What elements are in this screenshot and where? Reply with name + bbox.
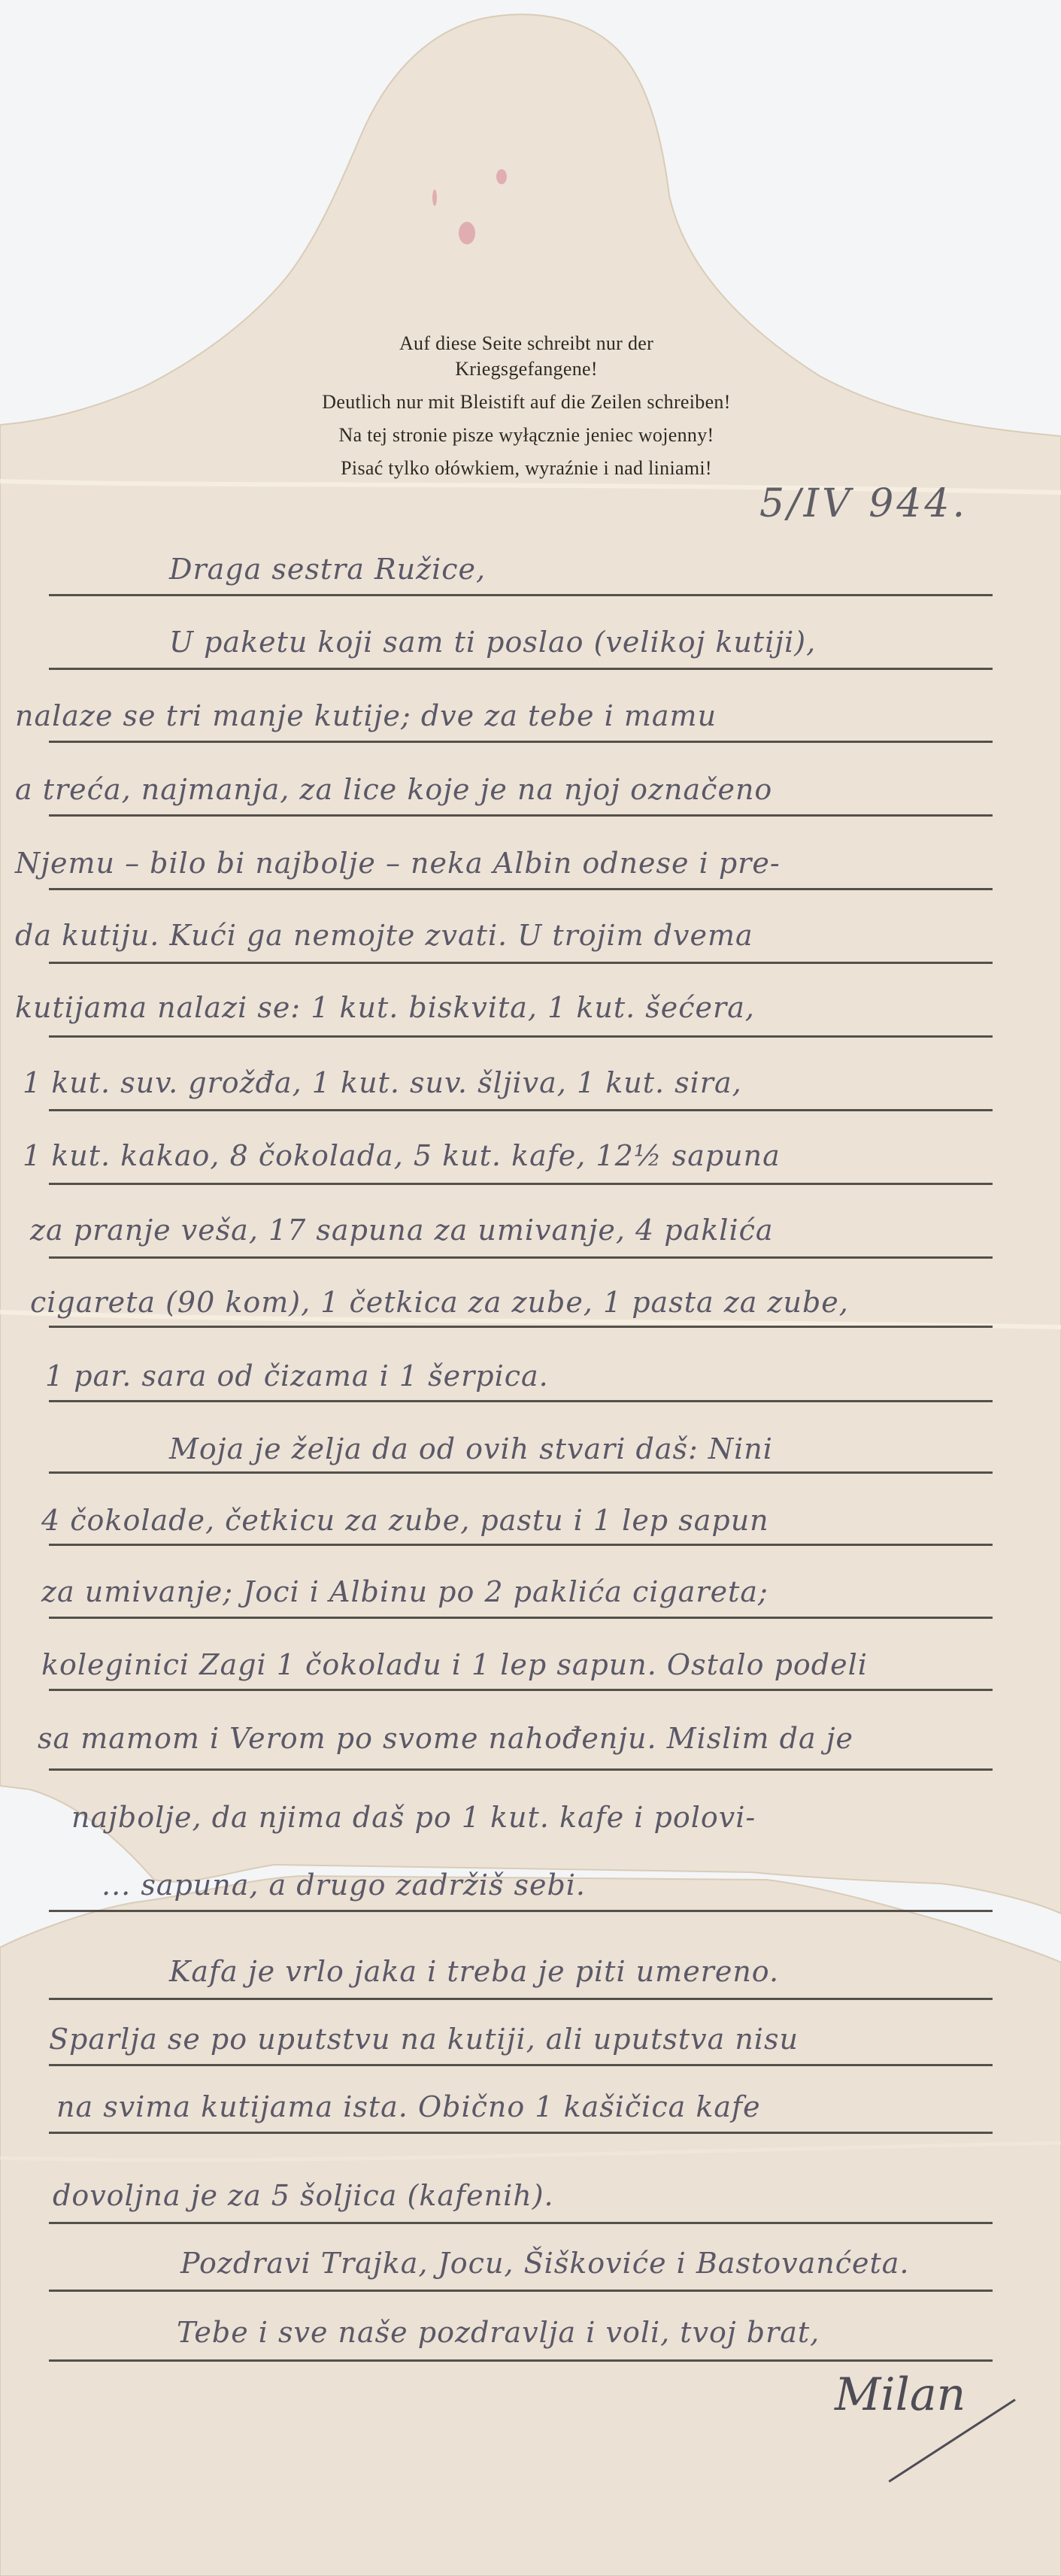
body-line: sa mamom i Verom po svome nahođenju. Mis… — [38, 1722, 853, 1755]
body-line: 1 kut. kakao, 8 čokolada, 5 kut. kafe, 1… — [23, 1139, 781, 1172]
ruled-line — [49, 2222, 993, 2224]
body-line: 1 kut. suv. grožđa, 1 kut. suv. šljiva, … — [23, 1066, 742, 1099]
ruled-line — [49, 888, 993, 890]
body-line: Tebe i sve naše pozdravlja i voli, tvoj … — [177, 2316, 820, 2349]
ruled-line — [49, 1910, 993, 1912]
header-line: Pisać tylko ołówkiem, wyraźnie i nad lin… — [226, 456, 827, 481]
ruled-line — [49, 1768, 993, 1771]
body-line: Sparlja se po uputstvu na kutiji, ali up… — [49, 2023, 799, 2056]
body-line: 1 par. sara od čizama i 1 šerpica. — [45, 1359, 549, 1393]
printed-header: Auf diese Seite schreibt nur der Kriegsg… — [226, 331, 827, 481]
ruled-line — [49, 1400, 993, 1402]
body-line: nalaze se tri manje kutije; dve za tebe … — [15, 699, 717, 732]
ruled-line — [49, 1544, 993, 1546]
header-line: Kriegsgefangene! — [226, 356, 827, 382]
ruled-line — [49, 962, 993, 964]
body-line: na svima kutijama ista. Obično 1 kašičic… — [56, 2090, 761, 2123]
header-line: Auf diese Seite schreibt nur der — [226, 331, 827, 356]
ruled-line — [49, 2359, 993, 2362]
ink-stain — [459, 222, 475, 244]
ruled-line — [49, 1689, 993, 1691]
body-line: Njemu – bilo bi najbolje – neka Albin od… — [15, 847, 781, 880]
ruled-line — [49, 2064, 993, 2066]
body-line: da kutiju. Kući ga nemojte zvati. U troj… — [15, 919, 753, 952]
signature: Milan — [835, 2368, 966, 2421]
body-line: Pozdravi Trajka, Jocu, Šiškoviće i Basto… — [180, 2247, 909, 2280]
ruled-line — [49, 668, 993, 670]
body-line: dovoljna je za 5 šoljica (kafenih). — [53, 2179, 554, 2212]
body-line: U paketu koji sam ti poslao (velikoj kut… — [169, 626, 816, 659]
letter-date: 5/IV 944. — [759, 481, 968, 526]
ruled-line — [49, 1109, 993, 1111]
ruled-line — [49, 1256, 993, 1259]
ink-stain — [496, 169, 507, 184]
ruled-line — [49, 1617, 993, 1619]
body-line: Kafa je vrlo jaka i treba je piti umeren… — [169, 1955, 779, 1988]
ruled-line — [49, 741, 993, 743]
ruled-line — [49, 1471, 993, 1474]
ruled-line — [49, 2132, 993, 2134]
ruled-line — [49, 1998, 993, 2000]
header-line: Deutlich nur mit Bleistift auf die Zeile… — [226, 389, 827, 415]
ruled-line — [49, 2290, 993, 2292]
body-line: kutijama nalazi se: 1 kut. biskvita, 1 k… — [15, 991, 755, 1024]
body-line: za umivanje; Joci i Albinu po 2 paklića … — [41, 1575, 768, 1608]
ruled-line — [49, 594, 993, 596]
ruled-line — [49, 814, 993, 817]
body-line: a treća, najmanja, za lice koje je na nj… — [15, 773, 772, 806]
body-line: 4 čokolade, četkicu za zube, pastu i 1 l… — [41, 1504, 769, 1537]
body-line: Moja je želja da od ovih stvari daš: Nin… — [169, 1432, 773, 1465]
ink-stain — [432, 189, 437, 206]
body-line: ... sapuna, a drugo zadržiš sebi. — [102, 1868, 586, 1902]
body-line: najbolje, da njima daš po 1 kut. kafe i … — [71, 1801, 756, 1834]
body-line: koleginici Zagi 1 čokoladu i 1 lep sapun… — [41, 1648, 868, 1681]
body-line: cigareta (90 kom), 1 četkica za zube, 1 … — [30, 1286, 849, 1319]
letter-sheet-upper — [0, 14, 1061, 1914]
body-line: za pranje veša, 17 sapuna za umivanje, 4… — [30, 1214, 774, 1247]
header-line: Na tej stronie pisze wyłącznie jeniec wo… — [226, 423, 827, 448]
ruled-line — [49, 1183, 993, 1185]
salutation: Draga sestra Ružice, — [169, 553, 486, 586]
ruled-line — [49, 1035, 993, 1038]
ruled-line — [49, 1326, 993, 1328]
